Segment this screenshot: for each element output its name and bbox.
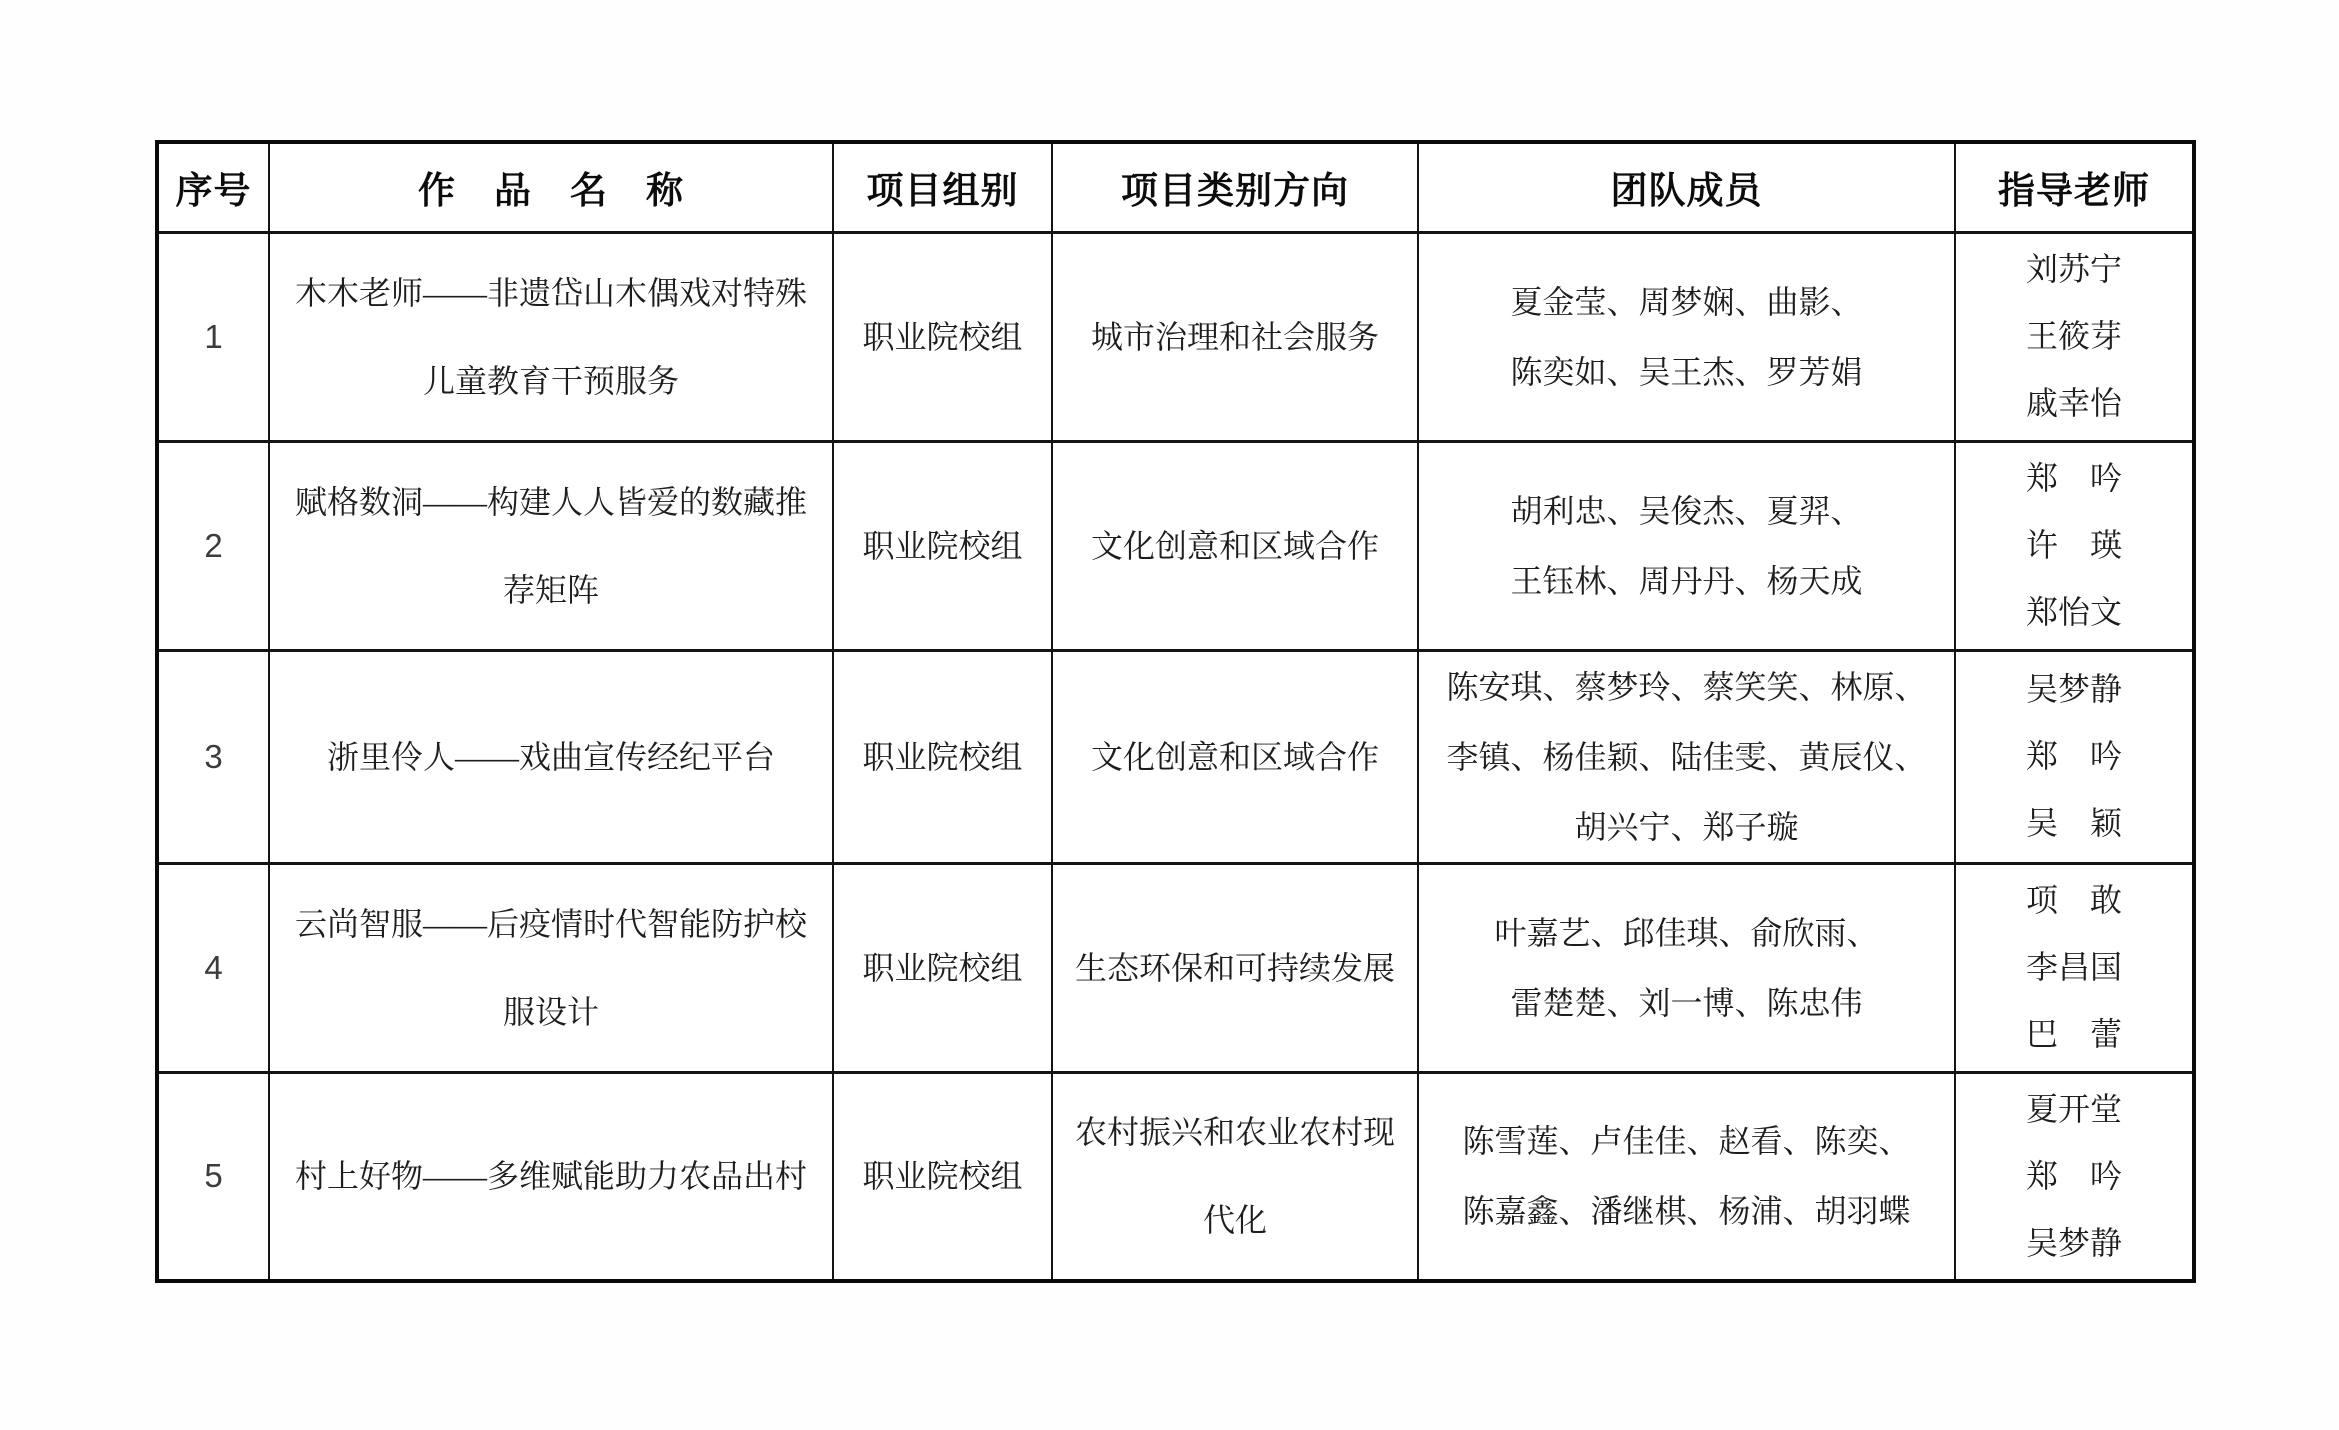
row-index: 3 — [157, 650, 269, 863]
table-row: 1 木木老师——非遗岱山木偶戏对特殊 儿童教育干预服务 职业院校组 城市治理和社… — [157, 232, 2194, 441]
column-header-members: 团队成员 — [1418, 142, 1955, 232]
work-title: 赋格数洞——构建人人皆爱的数藏推 荐矩阵 — [269, 441, 833, 650]
advisors: 夏开堂 郑 吟 吴梦静 — [1955, 1072, 2194, 1281]
project-category: 文化创意和区域合作 — [1052, 441, 1418, 650]
table-row: 3 浙里伶人——戏曲宣传经纪平台 职业院校组 文化创意和区域合作 陈安琪、蔡梦玲… — [157, 650, 2194, 863]
table-header-row: 序号 作 品 名 称 项目组别 项目类别方向 团队成员 指导老师 — [157, 142, 2194, 232]
work-title: 云尚智服——后疫情时代智能防护校 服设计 — [269, 863, 833, 1072]
row-index: 1 — [157, 232, 269, 441]
project-group: 职业院校组 — [833, 863, 1052, 1072]
project-group: 职业院校组 — [833, 650, 1052, 863]
column-header-title: 作 品 名 称 — [269, 142, 833, 232]
work-title: 村上好物——多维赋能助力农品出村 — [269, 1072, 833, 1281]
advisors: 吴梦静 郑 吟 吴 颖 — [1955, 650, 2194, 863]
awards-table: 序号 作 品 名 称 项目组别 项目类别方向 团队成员 指导老师 1 木木老师—… — [155, 140, 2196, 1283]
table-row: 4 云尚智服——后疫情时代智能防护校 服设计 职业院校组 生态环保和可持续发展 … — [157, 863, 2194, 1072]
team-members: 胡利忠、吴俊杰、夏羿、 王钰林、周丹丹、杨天成 — [1418, 441, 1955, 650]
project-category: 生态环保和可持续发展 — [1052, 863, 1418, 1072]
team-members: 叶嘉艺、邱佳琪、俞欣雨、 雷楚楚、刘一博、陈忠伟 — [1418, 863, 1955, 1072]
advisors: 项 敢 李昌国 巴 蕾 — [1955, 863, 2194, 1072]
project-category: 城市治理和社会服务 — [1052, 232, 1418, 441]
table-row: 5 村上好物——多维赋能助力农品出村 职业院校组 农村振兴和农业农村现 代化 陈… — [157, 1072, 2194, 1281]
column-header-group: 项目组别 — [833, 142, 1052, 232]
team-members: 夏金莹、周梦娴、曲影、 陈奕如、吴王杰、罗芳娟 — [1418, 232, 1955, 441]
work-title: 浙里伶人——戏曲宣传经纪平台 — [269, 650, 833, 863]
column-header-advisors: 指导老师 — [1955, 142, 2194, 232]
project-category: 农村振兴和农业农村现 代化 — [1052, 1072, 1418, 1281]
team-members: 陈安琪、蔡梦玲、蔡笑笑、林原、 李镇、杨佳颖、陆佳雯、黄辰仪、 胡兴宁、郑子璇 — [1418, 650, 1955, 863]
team-members: 陈雪莲、卢佳佳、赵看、陈奕、 陈嘉鑫、潘继棋、杨浦、胡羽蝶 — [1418, 1072, 1955, 1281]
row-index: 2 — [157, 441, 269, 650]
project-group: 职业院校组 — [833, 441, 1052, 650]
project-group: 职业院校组 — [833, 232, 1052, 441]
advisors: 郑 吟 许 瑛 郑怡文 — [1955, 441, 2194, 650]
project-group: 职业院校组 — [833, 1072, 1052, 1281]
row-index: 5 — [157, 1072, 269, 1281]
document-page: 序号 作 品 名 称 项目组别 项目类别方向 团队成员 指导老师 1 木木老师—… — [0, 0, 2339, 1430]
advisors: 刘苏宁 王筱芽 戚幸怡 — [1955, 232, 2194, 441]
work-title: 木木老师——非遗岱山木偶戏对特殊 儿童教育干预服务 — [269, 232, 833, 441]
column-header-category: 项目类别方向 — [1052, 142, 1418, 232]
row-index: 4 — [157, 863, 269, 1072]
table-row: 2 赋格数洞——构建人人皆爱的数藏推 荐矩阵 职业院校组 文化创意和区域合作 胡… — [157, 441, 2194, 650]
column-header-index: 序号 — [157, 142, 269, 232]
project-category: 文化创意和区域合作 — [1052, 650, 1418, 863]
